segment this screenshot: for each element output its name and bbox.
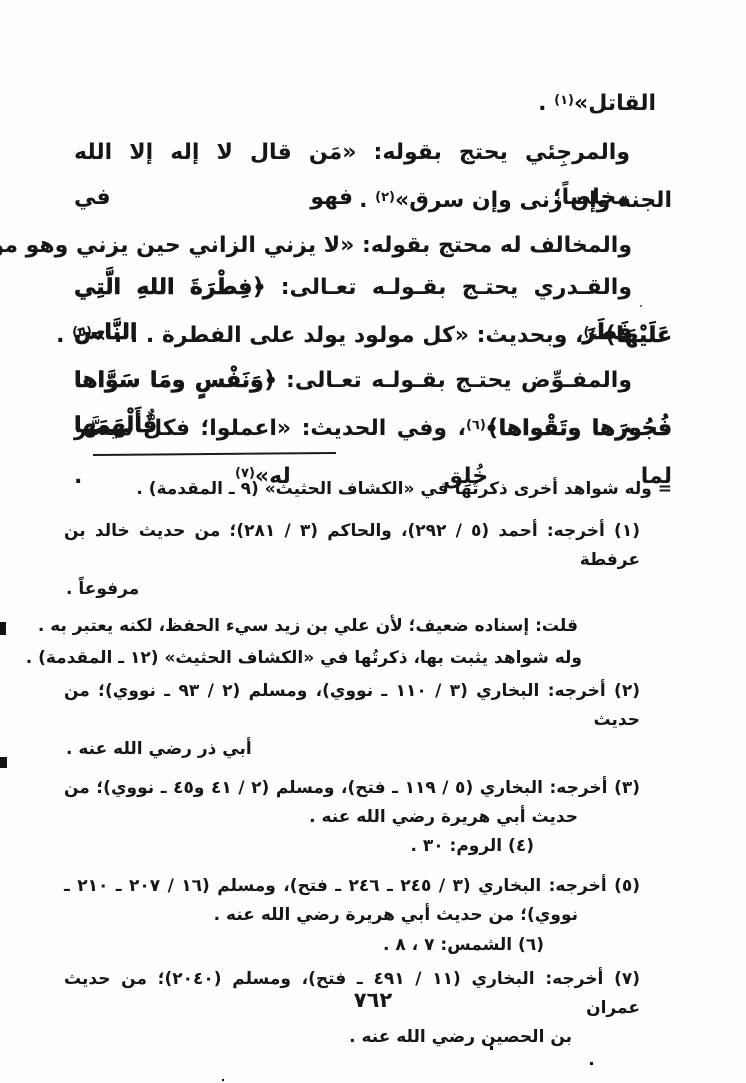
footnote-line: (٦) الشمس: ٧ ، ٨ . [64,931,672,960]
text-run: حديث أبي هريرة رضي الله عنه . [309,807,578,827]
text-run: (١) أخرجه: أحمد (٥ / ٢٩٢)، والحاكم (٣ / … [64,521,640,570]
text-run: أبي ذر رضي الله عنه . [66,739,252,759]
text-run: ، وبحديث: «كل مولود يولد على الفطرة . . … [92,323,584,348]
footnote-line: (٢) أخرجه: البخاري (٣ / ١١٠ ـ نووي)، ومس… [64,677,672,735]
footnote-line: مرفوعاً . [64,575,672,604]
text-run: = وله شواهد أخرى ذكرتُها في «الكشاف الحث… [136,479,672,499]
footnote-line: أبي ذر رضي الله عنه . [64,735,672,764]
footnote-ref-marker: (٦) [466,418,486,433]
footnote-line: (٤) الروم: ٣٠ . [64,832,672,861]
footnote-line: بن الحصين رضي الله عنه . [64,1023,672,1052]
footnotes-block: = وله شواهد أخرى ذكرتُها في «الكشاف الحث… [64,475,672,1052]
footnote-line: وله شواهد يثبت بها، ذكرتُها في «الكشاف ا… [64,644,672,673]
scan-speck [0,757,7,768]
text-run: . [359,188,375,213]
text-run: القاتل» [574,91,656,116]
body-line: القاتل»(١) . [74,78,672,123]
quran-quote-text: فُجُورَها وتَقْواها﴾ [486,416,672,441]
text-run: . [538,91,554,116]
footnote-line: (٣) أخرجه: البخاري (٥ / ١١٩ ـ فتح)، ومسل… [64,774,672,803]
footnote-line: (١) أخرجه: أحمد (٥ / ٢٩٢)، والحاكم (٣ / … [64,517,672,575]
main-text-block: القاتل»(١) . والمرجِئي يحتج بقوله: «مَن … [74,78,672,448]
footnote-ref-marker: (٢) [375,190,395,205]
text-run: والمخالف له محتج بقوله: «لا يزني الزاني … [0,233,632,258]
footnote-continuation-line: = وله شواهد أخرى ذكرتُها في «الكشاف الحث… [64,475,672,504]
body-line: والقـدري يحتـج بقـولـه تعـالى: ﴿فِطْرَةَ… [74,265,672,310]
scan-speck [490,1046,493,1050]
scanned-book-page: القاتل»(١) . والمرجِئي يحتج بقوله: «مَن … [0,0,746,1083]
text-run: بن الحصين رضي الله عنه . [349,1027,572,1047]
text-run: والمفـوِّض يحتـج بقـولـه تعـالى: [277,368,632,393]
text-run: نووي)؛ من حديث أبي هريرة رضي الله عنه . [214,905,578,925]
footnote-line: قلت: إسناده ضعيف؛ لأن علي بن زيد سيء الح… [64,612,672,641]
footnote-ref-marker: (٥) [72,325,92,340]
text-run: مرفوعاً . [66,579,139,599]
body-line: والمفـوِّض يحتـج بقـولـه تعـالى: ﴿وَنَفْ… [74,358,672,403]
scan-speck [0,622,6,635]
scan-speck [222,1079,224,1081]
scan-speck [640,305,642,307]
text-run: (٤) الروم: ٣٠ . [410,836,534,856]
page-number: ٧٦٢ [0,988,746,1012]
quran-quote-text: عَلَيْهَا﴾ [603,323,672,348]
text-run: (٢) أخرجه: البخاري (٣ / ١١٠ ـ نووي)، ومس… [64,681,640,730]
text-run: قلت: إسناده ضعيف؛ لأن علي بن زيد سيء الح… [38,616,578,636]
body-line: والمرجِئي يحتج بقوله: «مَن قال لا إله إل… [74,130,672,175]
text-run: (٦) الشمس: ٧ ، ٨ . [383,935,544,955]
footnote-line: نووي)؛ من حديث أبي هريرة رضي الله عنه . [64,901,672,930]
body-line: فُجُورَها وتَقْواها﴾(٦)، وفي الحديث: «اع… [74,403,672,448]
text-run: الجنة وإن زنى وإن سرق» [395,188,672,213]
footnote-ref-marker: (١) [554,93,574,108]
text-run: (٥) أخرجه: البخاري (٣ / ٢٤٥ ـ ٢٤٦ ـ فتح)… [64,876,640,896]
footnote-line: (٥) أخرجه: البخاري (٣ / ٢٤٥ ـ ٢٤٦ ـ فتح)… [64,872,672,901]
scan-speck [590,1062,593,1065]
footnote-ref-marker: (٤) [583,325,603,340]
footnote-line: حديث أبي هريرة رضي الله عنه . [64,803,672,832]
text-run: (٣) أخرجه: البخاري (٥ / ١١٩ ـ فتح)، ومسل… [64,778,640,798]
text-run: والقـدري يحتـج بقـولـه تعـالى: [265,275,632,300]
text-run: . [56,323,72,348]
body-line: عَلَيْهَا﴾(٤)، وبحديث: «كل مولود يولد عل… [74,310,672,355]
body-line: والمخالف له محتج بقوله: «لا يزني الزاني … [74,220,672,265]
text-run: وله شواهد يثبت بها، ذكرتُها في «الكشاف ا… [26,648,582,668]
